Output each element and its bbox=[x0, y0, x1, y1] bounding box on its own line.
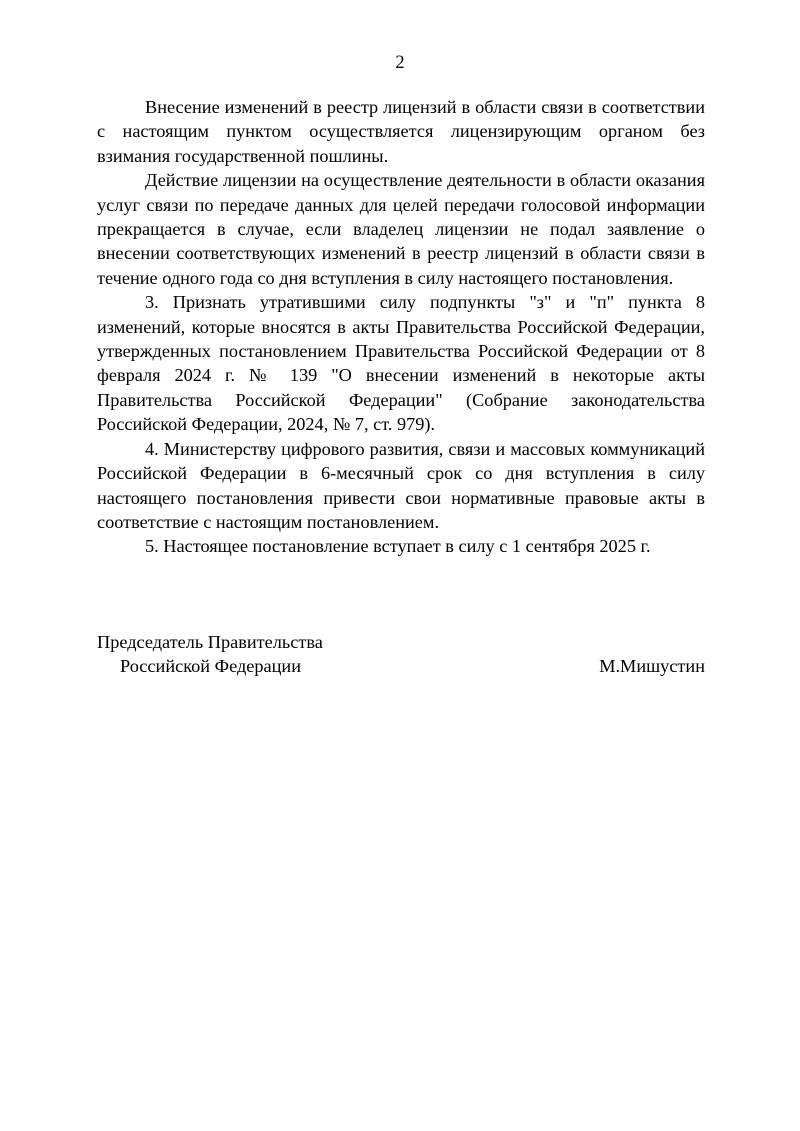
document-body: Внесение изменений в реестр лицензий в о… bbox=[97, 95, 705, 559]
signatory-title-line2: Российской Федерации bbox=[97, 654, 301, 678]
signatory-title-line1: Председатель Правительства bbox=[97, 630, 705, 654]
paragraph-item-4: 4. Министерству цифрового развития, связ… bbox=[97, 437, 705, 535]
signature-block: Председатель Правительства Российской Фе… bbox=[97, 630, 705, 679]
page-number: 2 bbox=[0, 52, 800, 74]
paragraph-item-5: 5. Настоящее постановление вступает в си… bbox=[97, 534, 705, 558]
paragraph-registry-changes: Внесение изменений в реестр лицензий в о… bbox=[97, 95, 705, 168]
document-page: 2 Внесение изменений в реестр лицензий в… bbox=[0, 0, 800, 1131]
paragraph-license-termination: Действие лицензии на осуществление деяте… bbox=[97, 168, 705, 290]
signatory-name: М.Мишустин bbox=[599, 654, 705, 678]
paragraph-item-3: 3. Признать утратившими силу подпункты "… bbox=[97, 290, 705, 436]
signature-row: Российской Федерации М.Мишустин bbox=[97, 654, 705, 678]
